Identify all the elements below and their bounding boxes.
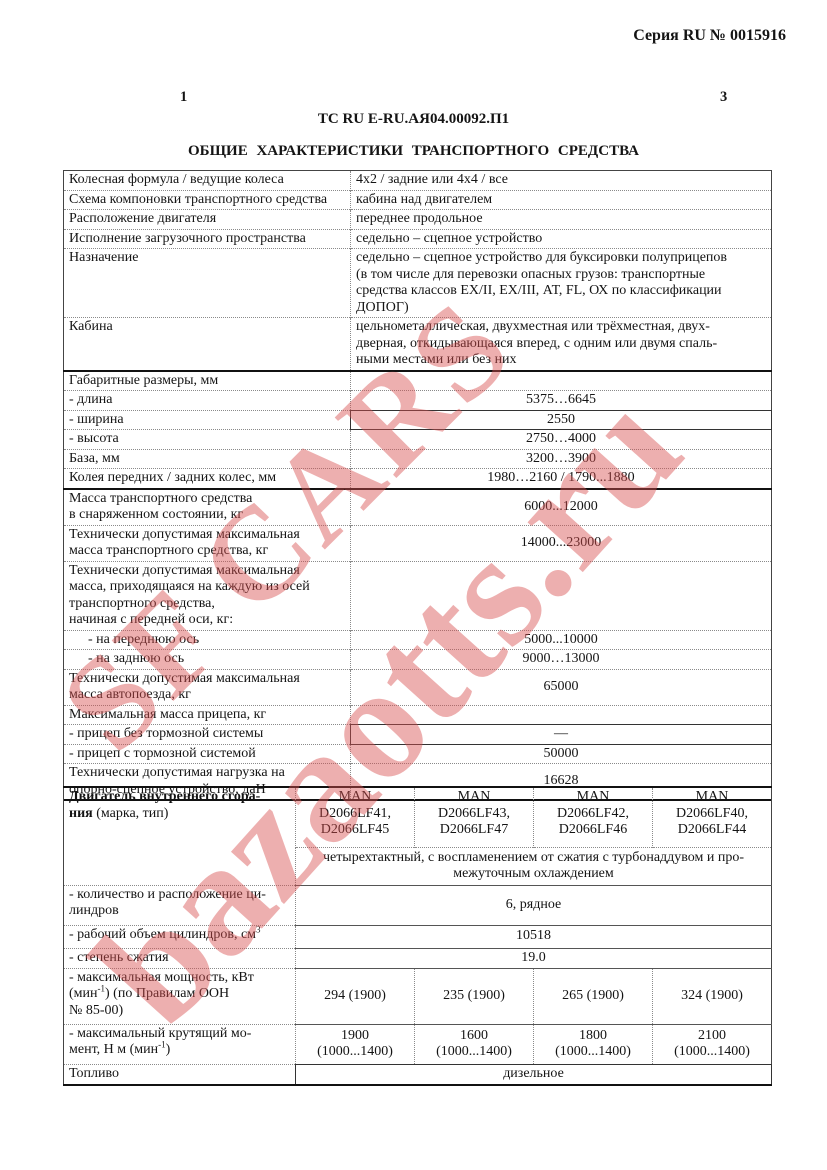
torque-value: 2100 (1000...1400) bbox=[653, 1024, 772, 1064]
row-label: Колея передних / задних колес, мм bbox=[64, 469, 351, 489]
torque-row: - максимальный крутящий мо- мент, Н м (м… bbox=[64, 1024, 772, 1064]
row-value: 1980…2160 / 1790...1880 bbox=[351, 469, 772, 489]
table-row: Технически допустимая максимальная масса… bbox=[64, 561, 772, 630]
superscript: -1 bbox=[158, 1039, 166, 1049]
engine-model: MAN D2066LF41, D2066LF45 bbox=[296, 787, 415, 847]
torque-value: 1900 (1000...1400) bbox=[296, 1024, 415, 1064]
row-value: 65000 bbox=[351, 669, 772, 705]
row-value: 5000...10000 bbox=[351, 630, 772, 650]
row-value bbox=[351, 561, 772, 630]
table-row: - длина 5375…6645 bbox=[64, 391, 772, 411]
row-value: седельно – сцепное устройство bbox=[351, 229, 772, 249]
engine-title: Двигатель внутреннего сгора- ния (марка,… bbox=[64, 787, 296, 885]
row-value: 4х2 / задние или 4х4 / все bbox=[351, 171, 772, 191]
table-row: База, мм 3200…3900 bbox=[64, 449, 772, 469]
row-label: Расположение двигателя bbox=[64, 210, 351, 230]
table-row: Расположение двигателя переднее продольн… bbox=[64, 210, 772, 230]
power-row: - максимальная мощность, кВт (мин-1) (по… bbox=[64, 968, 772, 1024]
row-label: Технически допустимая максимальная масса… bbox=[64, 669, 351, 705]
table-row: Габаритные размеры, мм bbox=[64, 371, 772, 391]
row-value: 14000...23000 bbox=[351, 525, 772, 561]
power-value: 324 (1900) bbox=[653, 968, 772, 1024]
row-label: - на переднюю ось bbox=[64, 630, 351, 650]
table-row: - высота 2750…4000 bbox=[64, 430, 772, 450]
engine-header-row: Двигатель внутреннего сгора- ния (марка,… bbox=[64, 787, 772, 847]
row-value: — bbox=[351, 725, 772, 745]
row-value: переднее продольное bbox=[351, 210, 772, 230]
row-label: Колесная формула / ведущие колеса bbox=[64, 171, 351, 191]
row-value bbox=[351, 705, 772, 725]
row-label: Схема компоновки транспортного средства bbox=[64, 190, 351, 210]
row-label: Масса транспортного средства в снаряженн… bbox=[64, 489, 351, 526]
row-label: Технически допустимая максимальная масса… bbox=[64, 561, 351, 630]
row-label: Назначение bbox=[64, 249, 351, 318]
table-row: Назначение седельно – сцепное устройство… bbox=[64, 249, 772, 318]
page-number-left: 1 bbox=[180, 89, 187, 106]
row-label: - высота bbox=[64, 430, 351, 450]
row-value: 2750…4000 bbox=[351, 430, 772, 450]
table-row: - на заднюю ось 9000…13000 bbox=[64, 650, 772, 670]
row-value: 3200…3900 bbox=[351, 449, 772, 469]
row-label: - длина bbox=[64, 391, 351, 411]
row-label: Кабина bbox=[64, 318, 351, 371]
row-value bbox=[351, 371, 772, 391]
row-value: 5375…6645 bbox=[351, 391, 772, 411]
series-number: Серия RU № 0015916 bbox=[633, 27, 786, 45]
row-value: 10518 bbox=[296, 925, 772, 948]
torque-value: 1800 (1000...1400) bbox=[534, 1024, 653, 1064]
row-label: Технически допустимая максимальная масса… bbox=[64, 525, 351, 561]
table-row: Схема компоновки транспортного средства … bbox=[64, 190, 772, 210]
power-value: 294 (1900) bbox=[296, 968, 415, 1024]
vehicle-characteristics-table: Колесная формула / ведущие колеса 4х2 / … bbox=[63, 170, 772, 801]
fuel-row: Топливо дизельное bbox=[64, 1064, 772, 1085]
engine-type: четырехтактный, с воспламенением от сжат… bbox=[296, 847, 772, 885]
row-label: - прицеп без тормозной системы bbox=[64, 725, 351, 745]
table-row: Максимальная масса прицепа, кг bbox=[64, 705, 772, 725]
section-title: ОБЩИЕ ХАРАКТЕРИСТИКИ ТРАНСПОРТНОГО СРЕДС… bbox=[0, 143, 827, 160]
table-row: - прицеп без тормозной системы — bbox=[64, 725, 772, 745]
engine-model: MAN D2066LF40, D2066LF44 bbox=[653, 787, 772, 847]
table-row: Колея передних / задних колес, мм 1980…2… bbox=[64, 469, 772, 489]
compression-row: - степень сжатия 19.0 bbox=[64, 948, 772, 968]
power-value: 265 (1900) bbox=[534, 968, 653, 1024]
row-label: Топливо bbox=[64, 1064, 296, 1085]
row-value: кабина над двигателем bbox=[351, 190, 772, 210]
power-value: 235 (1900) bbox=[415, 968, 534, 1024]
engine-table: Двигатель внутреннего сгора- ния (марка,… bbox=[63, 786, 772, 1086]
row-value: дизельное bbox=[296, 1064, 772, 1085]
row-value: цельнометаллическая, двухместная или трё… bbox=[351, 318, 772, 371]
row-value: 50000 bbox=[351, 744, 772, 764]
row-value: 9000…13000 bbox=[351, 650, 772, 670]
table-row: Технически допустимая максимальная масса… bbox=[64, 525, 772, 561]
engine-title-normal: (марка, тип) bbox=[93, 806, 169, 821]
row-value: седельно – сцепное устройство для буксир… bbox=[351, 249, 772, 318]
row-value: 2550 bbox=[351, 410, 772, 430]
table-row: Масса транспортного средства в снаряженн… bbox=[64, 489, 772, 526]
table-row: Кабина цельнометаллическая, двухместная … bbox=[64, 318, 772, 371]
row-label: - на заднюю ось bbox=[64, 650, 351, 670]
engine-model: MAN D2066LF43, D2066LF47 bbox=[415, 787, 534, 847]
row-label: - максимальная мощность, кВт (мин-1) (по… bbox=[64, 968, 296, 1024]
table-row: Технически допустимая максимальная масса… bbox=[64, 669, 772, 705]
page-number-right: 3 bbox=[720, 89, 727, 106]
displacement-row: - рабочий объем цилиндров, см3 10518 bbox=[64, 925, 772, 948]
table-row: Колесная формула / ведущие колеса 4х2 / … bbox=[64, 171, 772, 191]
cylinders-row: - количество и расположение ци- линдров … bbox=[64, 885, 772, 925]
engine-model: MAN D2066LF42, D2066LF46 bbox=[534, 787, 653, 847]
row-label: - количество и расположение ци- линдров bbox=[64, 885, 296, 925]
table-row: - на переднюю ось 5000...10000 bbox=[64, 630, 772, 650]
superscript: -1 bbox=[98, 983, 106, 993]
row-label: Габаритные размеры, мм bbox=[64, 371, 351, 391]
row-label: - прицеп с тормозной системой bbox=[64, 744, 351, 764]
row-label: Максимальная масса прицепа, кг bbox=[64, 705, 351, 725]
row-label: - максимальный крутящий мо- мент, Н м (м… bbox=[64, 1024, 296, 1064]
row-value: 19.0 bbox=[296, 948, 772, 968]
torque-value: 1600 (1000...1400) bbox=[415, 1024, 534, 1064]
row-label: База, мм bbox=[64, 449, 351, 469]
document-page: Серия RU № 0015916 1 3 ТС RU E-RU.АЯ04.0… bbox=[0, 0, 827, 1170]
approval-number: ТС RU E-RU.АЯ04.00092.П1 bbox=[0, 111, 827, 128]
table-row: Исполнение загрузочного пространства сед… bbox=[64, 229, 772, 249]
row-value: 6000...12000 bbox=[351, 489, 772, 526]
row-label: - ширина bbox=[64, 410, 351, 430]
table-row: - прицеп с тормозной системой 50000 bbox=[64, 744, 772, 764]
table-row: - ширина 2550 bbox=[64, 410, 772, 430]
row-label: Исполнение загрузочного пространства bbox=[64, 229, 351, 249]
row-label: - рабочий объем цилиндров, см3 bbox=[64, 925, 296, 948]
row-label: - степень сжатия bbox=[64, 948, 296, 968]
superscript: 3 bbox=[256, 924, 261, 934]
row-value: 6, рядное bbox=[296, 885, 772, 925]
